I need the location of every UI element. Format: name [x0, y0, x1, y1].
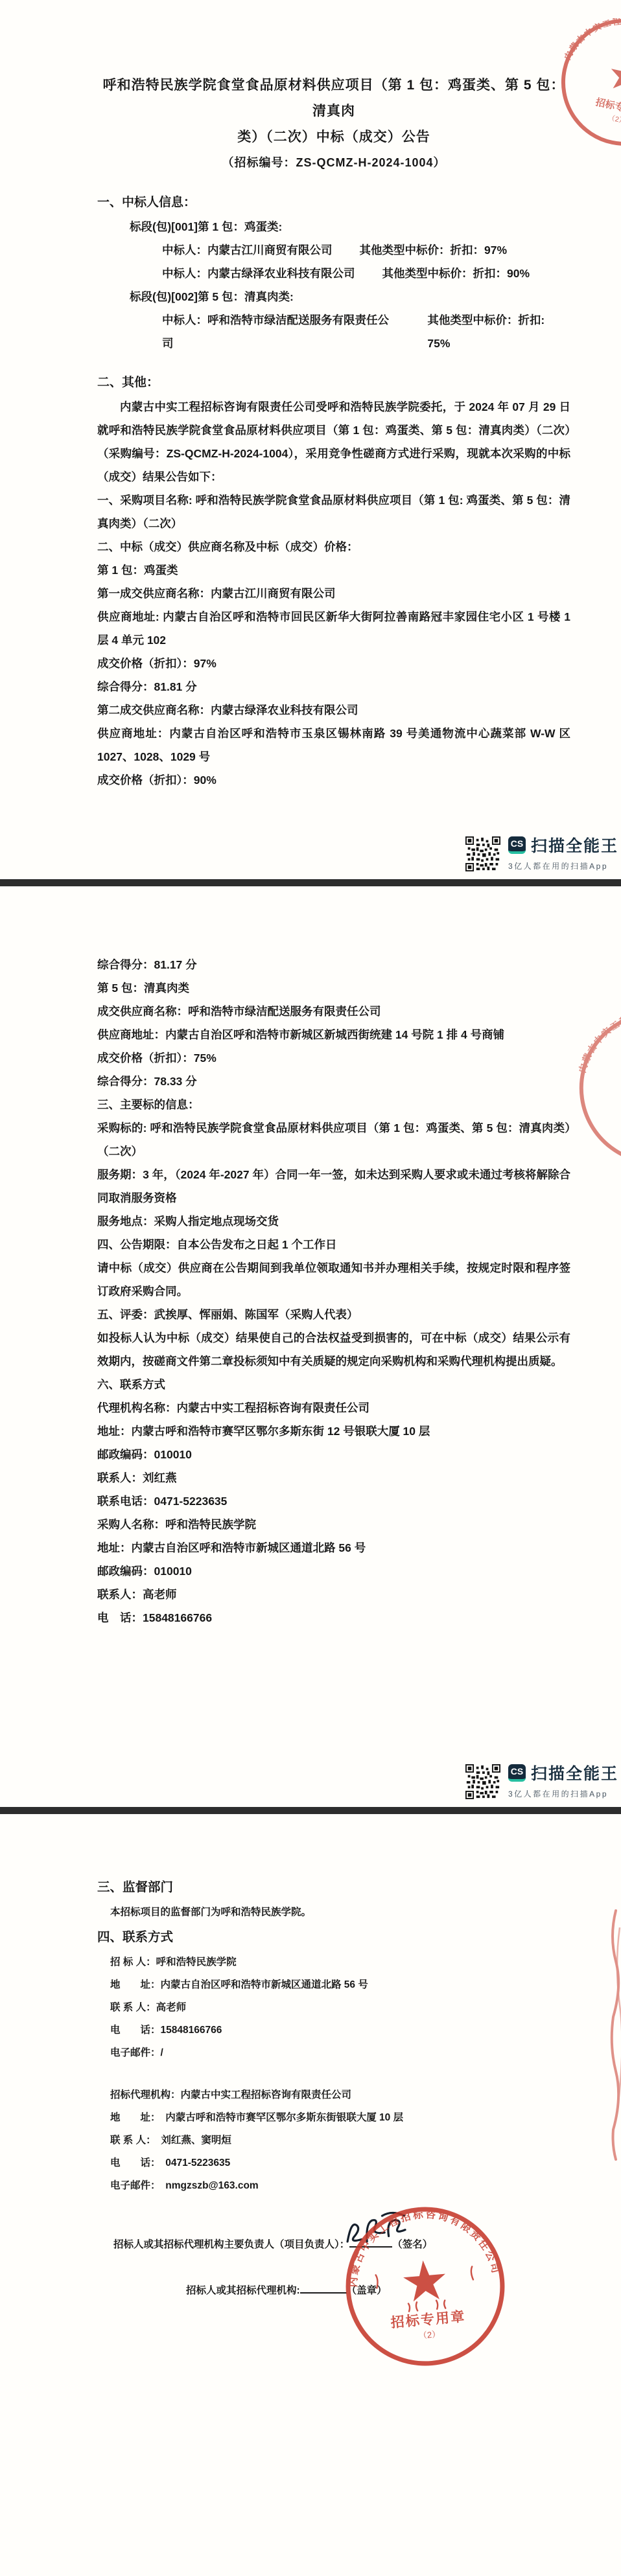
section-other: 二、其他：: [97, 371, 570, 395]
doc-title-line-2: 类）（二次）中标（成交）公告: [97, 124, 570, 150]
pkg1-second-supplier-address: 供应商地址：内蒙古自治区呼和浩特市玉泉区锡林南路 39 号美通物流中心蔬菜部 W…: [97, 722, 570, 768]
scanned-document: 内蒙古中实工程招标咨询有限责任公司 招标专用章 （2） 呼和浩特民族学院食堂食品…: [0, 0, 621, 2576]
service-place: 服务地点：采购人指定地点现场交货: [97, 1210, 570, 1233]
pkg1-first-supplier: 第一成交供应商名称：内蒙古江川商贸有限公司: [97, 582, 570, 605]
pkg1-first-supplier-price: 成交价格（折扣）：97%: [97, 652, 570, 675]
svg-text:招标专用章: 招标专用章: [390, 2308, 467, 2330]
handwritten-signature: [349, 2237, 392, 2248]
winner-3-name: 中标人：呼和浩特市绿洁配送服务有限责任公司: [162, 308, 400, 355]
agency-name: 代理机构名称：内蒙古中实工程招标咨询有限责任公司: [97, 1396, 570, 1420]
qr-code-icon: [465, 836, 500, 871]
tenderer-address: 地 址：内蒙古自治区呼和浩特市新城区通道北路 56 号: [97, 1973, 570, 1996]
tender-agency-contact-person: 联 系 人： 刘红燕、窦明烜: [97, 2129, 570, 2152]
tenderer-phone: 电 话：15848166766: [97, 2019, 570, 2041]
supervision-text: 本招标项目的监督部门为呼和浩特民族学院。: [97, 1901, 570, 1924]
agency-zip: 邮政编码：010010: [97, 1443, 570, 1466]
tenderer-email: 电子邮件：/: [97, 2041, 570, 2064]
agency-phone: 联系电话：0471-5223635: [97, 1489, 570, 1513]
package-5-label: 第 5 包：清真肉类: [97, 976, 570, 1000]
tenderer-name: 招 标 人：呼和浩特民族学院: [97, 1951, 570, 1973]
tender-agency-email: 电子邮件： nmgzszb@163.com: [97, 2174, 570, 2197]
camscanner-tagline: 3亿人都在用的扫描App: [508, 1788, 618, 1799]
pkg1-second-supplier-score: 综合得分：81.17 分: [97, 953, 570, 976]
objection-paragraph: 如投标人认为中标（成交）结果使自己的合法权益受到损害的，可在中标（成交）结果公示…: [97, 1326, 570, 1373]
agency-contact-person: 联系人：刘红燕: [97, 1466, 570, 1489]
page-3: 三、监督部门 本招标项目的监督部门为呼和浩特民族学院。 四、联系方式 招 标 人…: [0, 1814, 621, 2576]
section-notice-period: 四、公告期限：自本公告发布之日起 1 个工作日: [97, 1233, 570, 1256]
tender-number: （招标编号：ZS-QCMZ-H-2024-1004）: [97, 150, 570, 175]
seal-label: 招标人或其招标代理机构:: [186, 2285, 300, 2296]
package-1-label: 第 1 包：鸡蛋类: [97, 558, 570, 582]
agency-address: 地址：内蒙古呼和浩特市赛罕区鄂尔多斯东街 12 号银联大厦 10 层: [97, 1420, 570, 1443]
page-2: 内蒙古中实工程招标咨询有限责任公司 招标专用章 （2） 综合得分：81.17 分…: [0, 886, 621, 1807]
winner-row-3: 中标人：呼和浩特市绿洁配送服务有限责任公司 其他类型中标价：折扣: 75%: [97, 308, 570, 355]
qr-code-icon: [465, 1764, 500, 1799]
winner-1-price: 其他类型中标价：折扣：97%: [360, 238, 508, 262]
pkg5-supplier: 成交供应商名称：呼和浩特市绿洁配送服务有限责任公司: [97, 1000, 570, 1023]
section-judges: 五、评委：武挨厚、恽丽娟、陈国军（采购人代表）: [97, 1303, 570, 1326]
pkg5-supplier-address: 供应商地址：内蒙古自治区呼和浩特市新城区新城西街统建 14 号院 1 排 4 号…: [97, 1023, 570, 1046]
pkg1-second-supplier-price: 成交价格（折扣）：90%: [97, 768, 570, 792]
tender-agency-name: 招标代理机构：内蒙古中实工程招标咨询有限责任公司: [97, 2084, 570, 2106]
tenderer-contact-person: 联 系 人：高老师: [97, 1996, 570, 2019]
page-break-1: [0, 879, 621, 886]
notice-paragraph: 请中标（成交）供应商在公告期间到我单位领取通知书并办理相关手续，按规定时限和程序…: [97, 1256, 570, 1303]
lot-002-label: 标段(包)[002]第 5 包：清真肉类:: [97, 285, 570, 308]
winner-row-1: 中标人：内蒙古江川商贸有限公司 其他类型中标价：折扣：97%: [97, 238, 570, 262]
page-break-2: [0, 1807, 621, 1814]
service-term: 服务期：3 年，（2024 年-2027 年）合同一年一签，如未达到采购人要求或…: [97, 1163, 570, 1210]
camscanner-logo-icon: CS: [508, 1764, 526, 1782]
section-supervision: 三、监督部门: [97, 1874, 570, 1901]
seal-line: 招标人或其招标代理机构:（盖章）: [186, 2283, 387, 2297]
pkg1-second-supplier: 第二成交供应商名称：内蒙古绿泽农业科技有限公司: [97, 698, 570, 722]
section-contact-info: 四、联系方式: [97, 1924, 570, 1951]
buyer-contact-person: 联系人：高老师: [97, 1583, 570, 1606]
signature-line: 招标人或其招标代理机构主要负责人（项目负责人）： （签名）: [113, 2237, 432, 2251]
buyer-address: 地址：内蒙古自治区呼和浩特市新城区通道北路 56 号: [97, 1536, 570, 1559]
camscanner-watermark: CS 扫描全能王 3亿人都在用的扫描App: [465, 1761, 618, 1799]
signature-label: 招标人或其招标代理机构主要负责人（项目负责人）：: [113, 2239, 349, 2250]
camscanner-app-name: 扫描全能王: [531, 1761, 618, 1784]
seal-blank: [300, 2283, 347, 2294]
pkg1-first-supplier-address: 供应商地址: 内蒙古自治区呼和浩特市回民区新华大街阿拉善南路冠丰家园住宅小区 1…: [97, 605, 570, 652]
winner-1-name: 中标人：内蒙古江川商贸有限公司: [162, 238, 333, 262]
camscanner-tagline: 3亿人都在用的扫描App: [508, 860, 618, 871]
buyer-phone: 电 话：15848166766: [97, 1606, 570, 1629]
winner-3-price: 其他类型中标价：折扣: 75%: [427, 308, 570, 355]
procurement-subject: 采购标的: 呼和浩特民族学院食堂食品原材料供应项目（第 1 包：鸡蛋类、第 5 …: [97, 1116, 570, 1163]
pkg5-supplier-price: 成交价格（折扣）：75%: [97, 1046, 570, 1070]
camscanner-logo-icon: CS: [508, 836, 526, 854]
pkg5-supplier-score: 综合得分：78.33 分: [97, 1070, 570, 1093]
tender-agency-phone: 电 话： 0471-5223635: [97, 2152, 570, 2174]
svg-text:（2）: （2）: [418, 2329, 441, 2341]
winner-2-name: 中标人：内蒙古绿泽农业科技有限公司: [162, 262, 355, 285]
pkg1-first-supplier-score: 综合得分：81.81 分: [97, 675, 570, 698]
doc-title-line-1: 呼和浩特民族学院食堂食品原材料供应项目（第 1 包：鸡蛋类、第 5 包：清真肉: [97, 73, 570, 124]
section-winner-info: 一、中标人信息：: [97, 190, 570, 215]
winner-row-2: 中标人：内蒙古绿泽农业科技有限公司 其他类型中标价：折扣：90%: [97, 262, 570, 285]
section-subject-info: 三、主要标的信息：: [97, 1093, 570, 1116]
camscanner-app-name: 扫描全能王: [531, 833, 618, 857]
seal-suffix: （盖章）: [347, 2285, 387, 2296]
page-1: 内蒙古中实工程招标咨询有限责任公司 招标专用章 （2） 呼和浩特民族学院食堂食品…: [0, 0, 621, 879]
buyer-name: 采购人名称：呼和浩特民族学院: [97, 1513, 570, 1536]
procurement-project-name: 一、采购项目名称: 呼和浩特民族学院食堂食品原材料供应项目（第 1 包: 鸡蛋类…: [97, 489, 570, 535]
other-intro-paragraph: 内蒙古中实工程招标咨询有限责任公司受呼和浩特民族学院委托，于 2024 年 07…: [97, 395, 570, 489]
winner-2-price: 其他类型中标价：折扣：90%: [382, 262, 530, 285]
supplier-price-heading: 二、中标（成交）供应商名称及中标（成交）价格：: [97, 535, 570, 558]
tender-agency-address: 地 址： 内蒙古呼和浩特市赛罕区鄂尔多斯东街银联大厦 10 层: [97, 2106, 570, 2129]
buyer-zip: 邮政编码：010010: [97, 1559, 570, 1583]
lot-001-label: 标段(包)[001]第 1 包：鸡蛋类:: [97, 215, 570, 238]
camscanner-watermark: CS 扫描全能王 3亿人都在用的扫描App: [465, 833, 618, 871]
section-contact: 六、联系方式: [97, 1373, 570, 1396]
